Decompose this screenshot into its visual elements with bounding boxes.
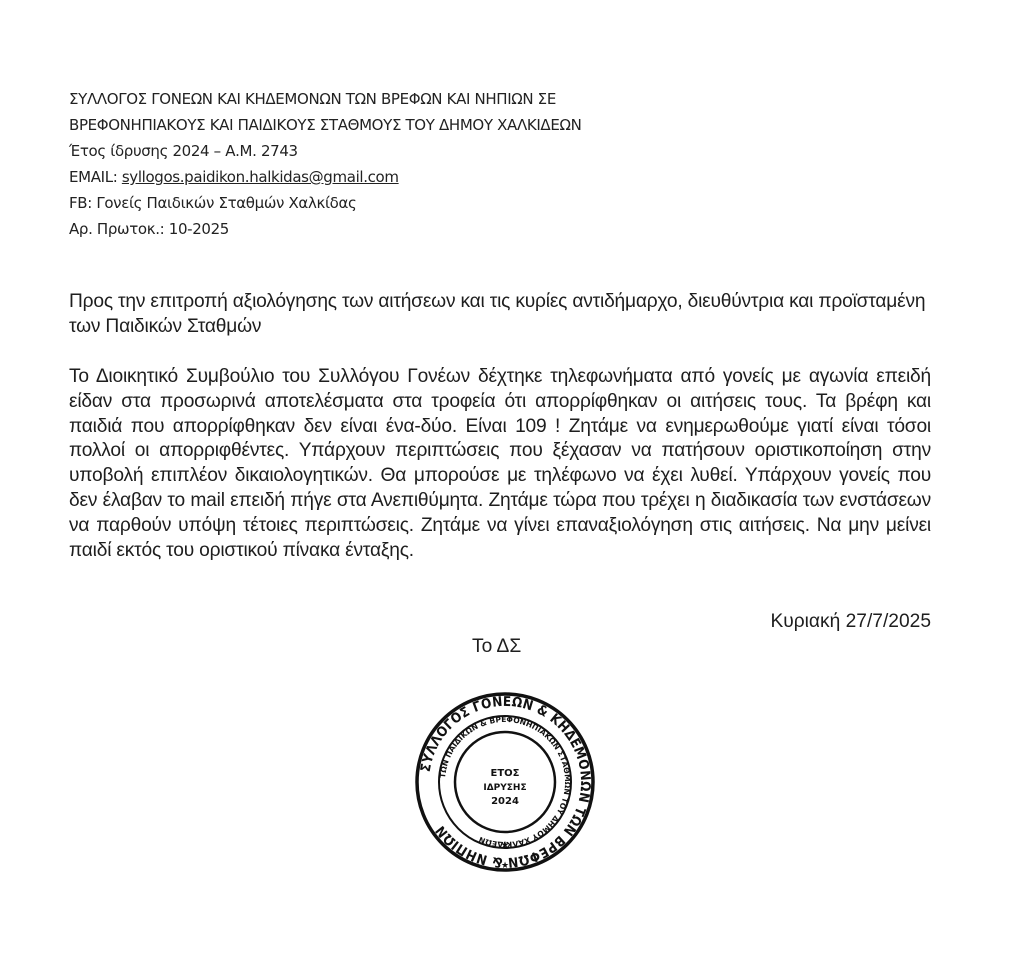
stamp-star-icon: ★ [501,861,509,871]
email-label: EMAIL: [69,168,122,186]
letter-date: Κυριακή 27/7/2025 [770,611,931,633]
association-name-line1: ΣΥΛΛΟΓΟΣ ΓΟΝΕΩΝ ΚΑΙ ΚΗΔΕΜΟΝΩΝ ΤΩΝ ΒΡΕΦΩΝ… [69,86,581,112]
stamp-center-line2: ΙΔΡΥΣΗΣ [483,783,526,793]
email-link[interactable]: syllogos.paidikon.halkidas@gmail.com [122,168,399,186]
letterhead: ΣΥΛΛΟΓΟΣ ΓΟΝΕΩΝ ΚΑΙ ΚΗΔΕΜΟΝΩΝ ΤΩΝ ΒΡΕΦΩΝ… [69,86,581,242]
association-name-line2: ΒΡΕΦΟΝΗΠΙΑΚΟΥΣ ΚΑΙ ΠΑΙΔΙΚΟΥΣ ΣΤΑΘΜΟΥΣ ΤΟ… [69,112,581,138]
stamp-star-icon: ★ [501,840,510,851]
email-line: EMAIL: syllogos.paidikon.halkidas@gmail.… [69,164,581,190]
stamp-center-line3: 2024 [491,796,519,807]
signature: Το ΔΣ [472,636,521,658]
protocol-number: Αρ. Πρωτοκ.: 10-2025 [69,216,581,242]
letter-body: Το Διοικητικό Συμβούλιο του Συλλόγου Γον… [69,365,931,563]
facebook-line: FB: Γονείς Παιδικών Σταθμών Χαλκίδας [69,190,581,216]
association-stamp: ΣΥΛΛΟΓΟΣ ΓΟΝΕΩΝ & ΚΗΔΕΜΟΝΩΝ ΤΩΝ ΒΡΕΦΩΝ &… [413,690,597,874]
addressee: Προς την επιτροπή αξιολόγησης των αιτήσε… [69,290,931,340]
stamp-center-line1: ΕΤΟΣ [491,768,520,779]
stamp-seal-icon: ΣΥΛΛΟΓΟΣ ΓΟΝΕΩΝ & ΚΗΔΕΜΟΝΩΝ ΤΩΝ ΒΡΕΦΩΝ &… [413,690,597,874]
founding-info: Έτος ίδρυσης 2024 – Α.Μ. 2743 [69,138,581,164]
